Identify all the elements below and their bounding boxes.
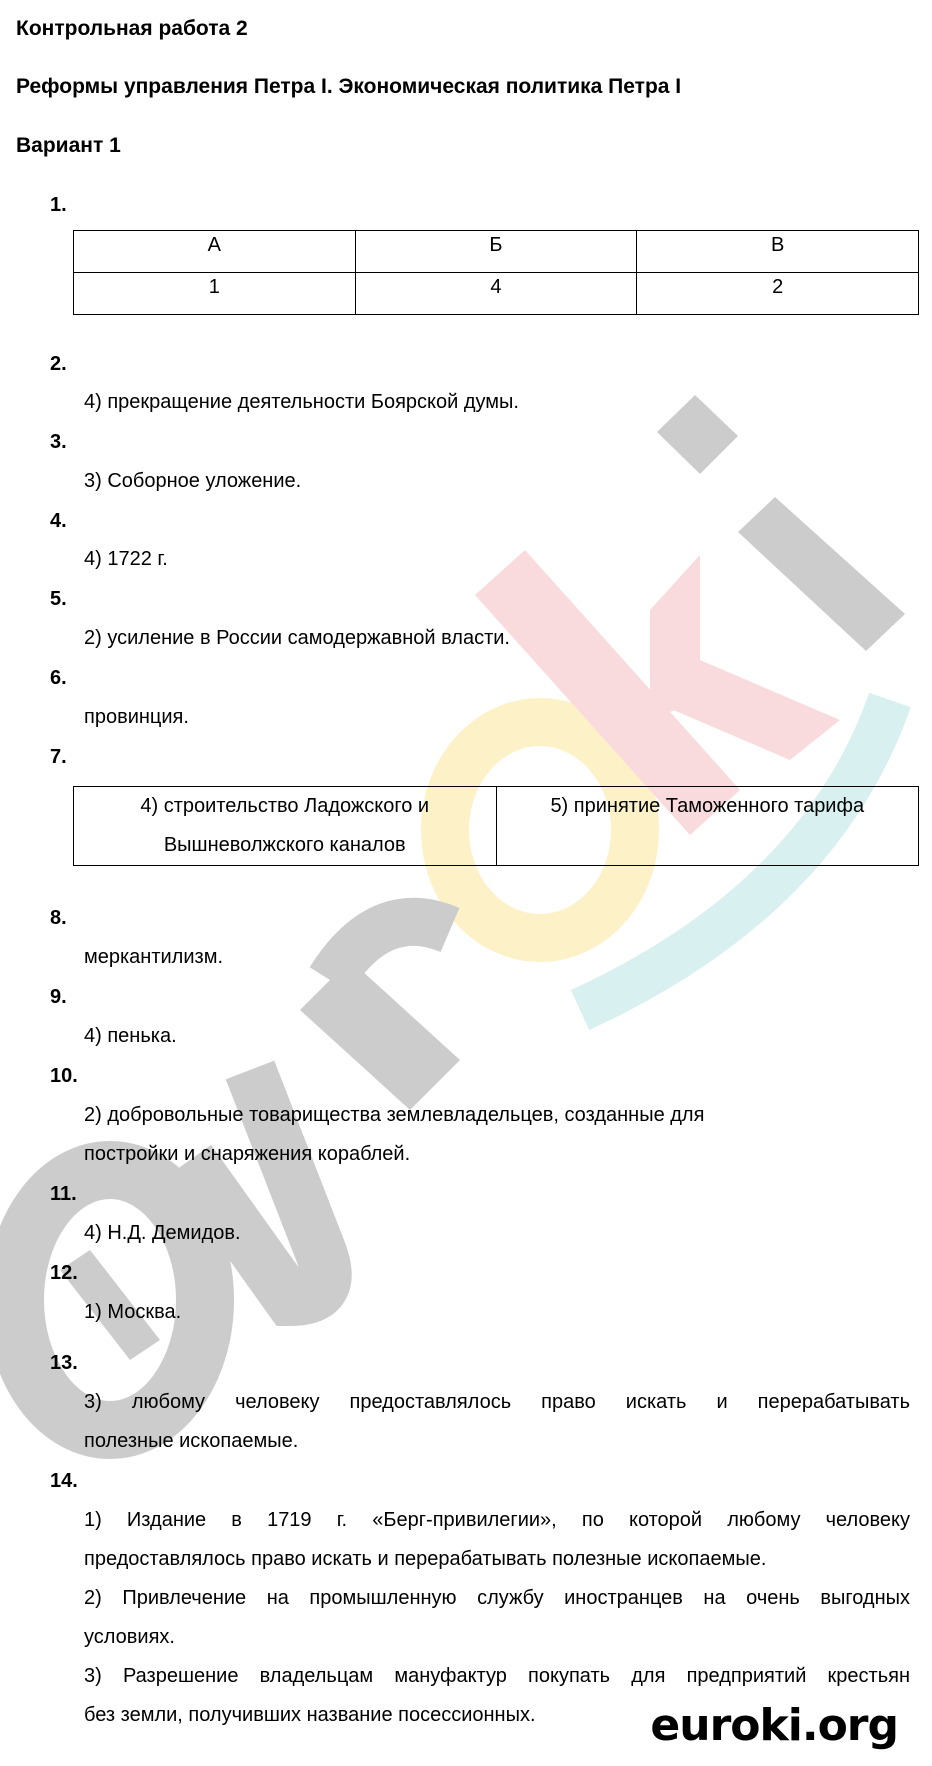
table-header-cell: А [74,231,356,273]
question-number: 13. [50,1352,78,1375]
document-title: Контрольная работа 2 [16,17,248,41]
answer-text: 4) прекращение деятельности Боярской дум… [84,391,519,414]
answer-text: 2) Привлечение на промышленную службу ин… [84,1587,910,1610]
answer-text: 4) Н.Д. Демидов. [84,1222,241,1245]
answer-text: 4) пенька. [84,1025,177,1048]
answer-table-q1: А Б В 1 4 2 [73,230,919,315]
answer-text: меркантилизм. [84,946,223,969]
question-number: 9. [50,986,67,1009]
answer-text: 2) добровольные товарищества землевладел… [84,1104,704,1127]
table-cell: 4 [355,273,637,315]
question-number: 14. [50,1470,78,1493]
answer-text: полезные ископаемые. [84,1430,298,1453]
question-number: 2. [50,353,67,376]
table-header-cell: Б [355,231,637,273]
answer-text: 2) усиление в России самодержавной власт… [84,627,510,650]
table-cell: 5) принятие Таможенного тарифа [496,787,919,866]
question-number: 11. [50,1183,77,1206]
answer-text: условиях. [84,1626,175,1649]
question-number: 8. [50,907,67,930]
question-number: 6. [50,667,67,690]
question-number: 4. [50,510,67,533]
table-cell: 4) строительство Ладожского и Вышневолжс… [74,787,497,866]
answer-text: 3) любому человеку предоставлялось право… [84,1391,910,1414]
answer-text: 3) Разрешение владельцам мануфактур поку… [84,1665,910,1688]
question-number: 12. [50,1262,78,1285]
answer-text: 3) Соборное уложение. [84,470,301,493]
document-page: Контрольная работа 2 Реформы управления … [0,0,932,1766]
table-cell: 1 [74,273,356,315]
question-number: 3. [50,431,67,454]
question-number: 5. [50,588,67,611]
answer-text: предоставлялось право искать и перерабат… [84,1548,766,1571]
answer-text: провинция. [84,706,189,729]
answer-table-q7: 4) строительство Ладожского и Вышневолжс… [73,786,919,866]
table-header-cell: В [637,231,919,273]
table-cell: 2 [637,273,919,315]
question-number: 1. [50,194,67,217]
question-number: 10. [50,1065,78,1088]
answer-text: постройки и снаряжения кораблей. [84,1143,410,1166]
document-subtitle: Реформы управления Петра I. Экономическа… [16,75,681,99]
answer-text: 1) Москва. [84,1301,181,1324]
question-number: 7. [50,746,67,769]
euroki-logo: euroki.org [650,1700,898,1751]
answer-text: без земли, получивших название посессион… [84,1704,536,1727]
variant-heading: Вариант 1 [16,134,121,158]
answer-text: 1) Издание в 1719 г. «Берг-привилегии», … [84,1509,910,1532]
answer-text: 4) 1722 г. [84,548,168,571]
